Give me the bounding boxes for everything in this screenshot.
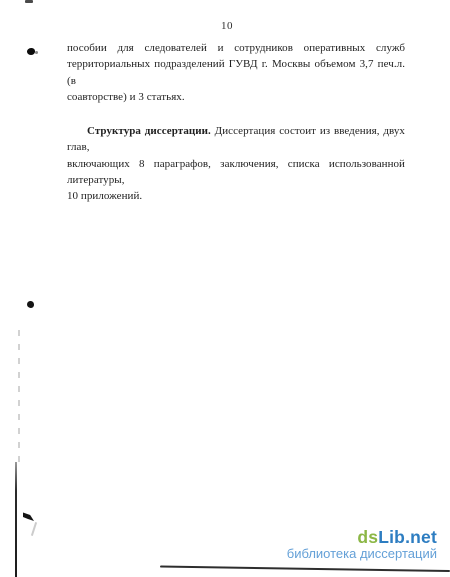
scan-streak: [18, 330, 20, 462]
text-line: соавторстве) и 3 статьях.: [67, 89, 405, 105]
logo-lib-net: Lib.net: [378, 527, 437, 547]
scan-bottom-line: [160, 566, 450, 572]
structure-heading: Структура диссертации.: [87, 125, 211, 137]
scan-artifact-top-dash: [25, 0, 33, 3]
text-line: 10 приложений.: [67, 188, 405, 204]
logo-ds: ds: [357, 527, 378, 547]
paragraph-structure: Структура диссертации. Диссертация состо…: [67, 123, 405, 204]
document-text-block: пособии для следователей и сотрудников о…: [67, 40, 405, 205]
page-number: 10: [67, 20, 387, 32]
dslib-watermark: dsLib.net библиотека диссертаций: [287, 528, 437, 561]
dslib-subtitle: библиотека диссертаций: [287, 547, 437, 561]
text-line: пособии для следователей и сотрудников о…: [67, 40, 405, 56]
ink-blob: [23, 511, 34, 521]
dslib-logo: dsLib.net: [287, 528, 437, 546]
text-line: Структура диссертации. Диссертация состо…: [67, 123, 405, 156]
text-line: включающих 8 параграфов, заключения, спи…: [67, 156, 405, 189]
ink-speck: [35, 51, 38, 54]
scan-edge-line: [15, 462, 17, 577]
ink-dot: [27, 301, 34, 308]
text-line: территориальных подразделений ГУВД г. Мо…: [67, 56, 405, 89]
paragraph-publications: пособии для следователей и сотрудников о…: [67, 40, 405, 105]
scan-smudge: [31, 522, 37, 536]
ink-dot: [27, 48, 35, 55]
